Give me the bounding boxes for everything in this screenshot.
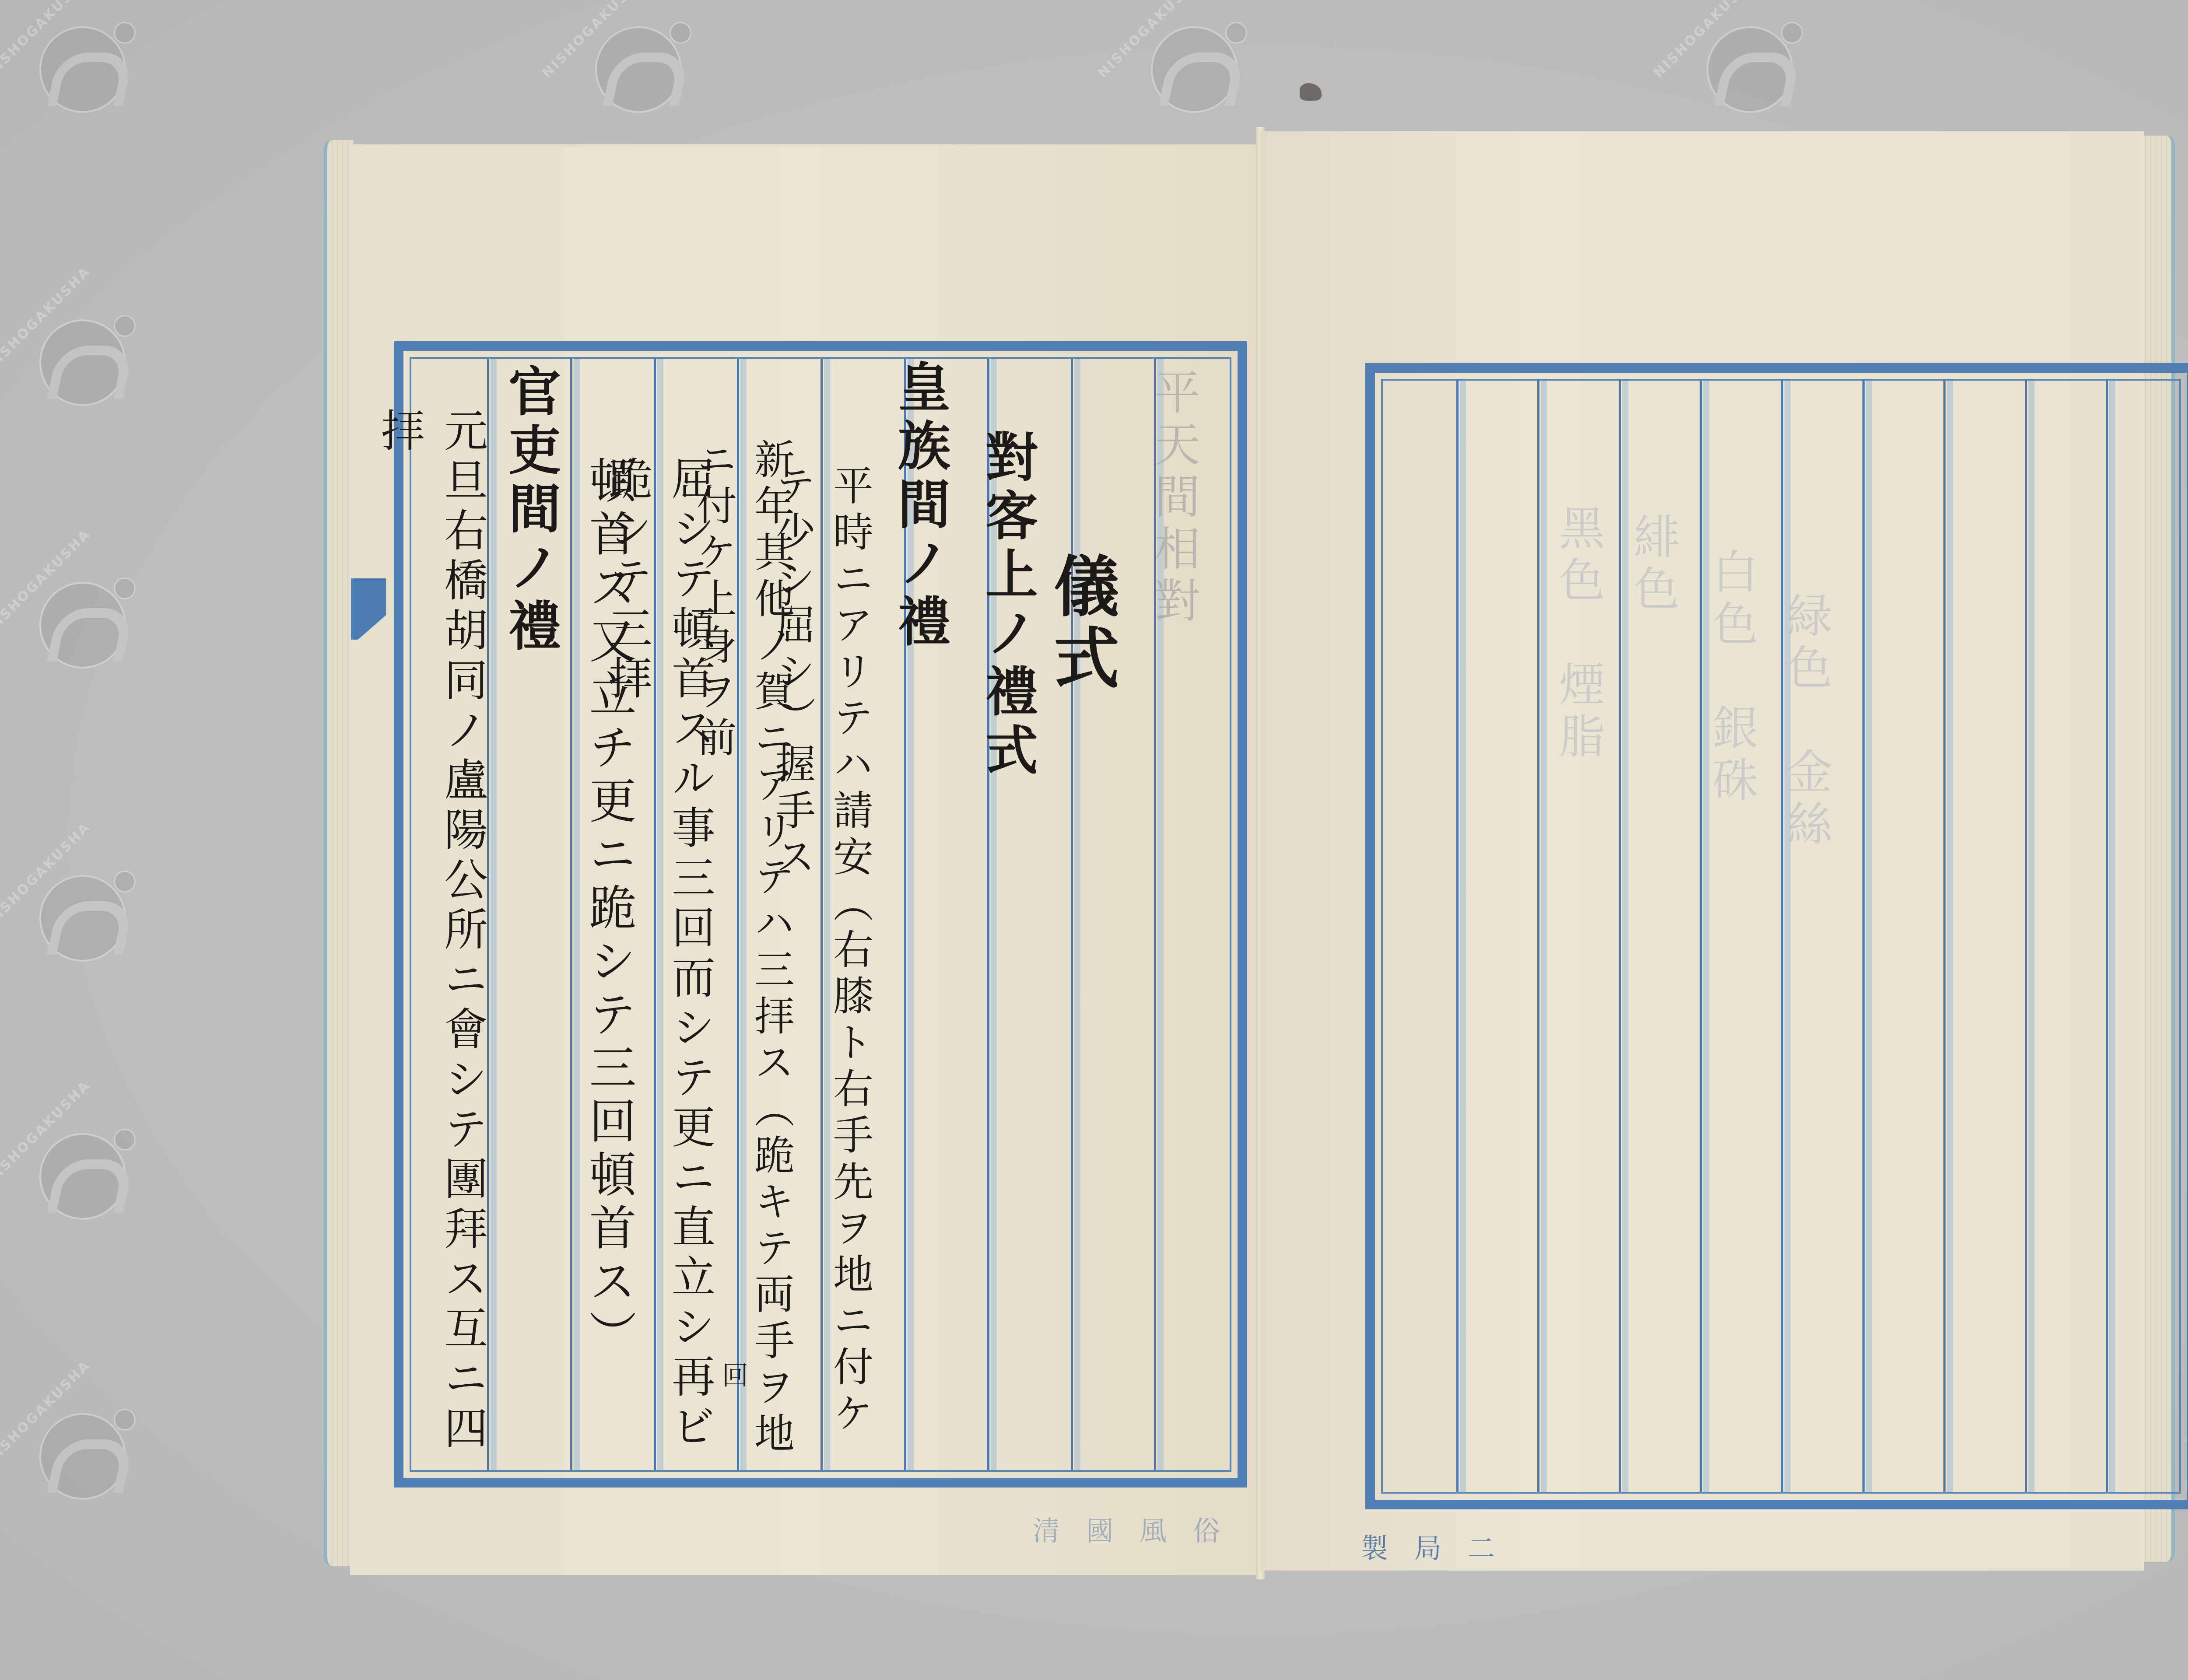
heading-koozoku: 皇族間ノ禮 xyxy=(882,360,957,653)
column-rule-shadow xyxy=(1074,359,1080,1470)
left-page-edges xyxy=(324,140,354,1566)
left-page-frame: 平天間相對 儀式 對客上ノ禮式 皇族間ノ禮 平時ニアリテハ請安（右膝ト右手先ヲ地… xyxy=(394,341,1247,1487)
column-rule-shadow xyxy=(1703,381,1709,1492)
right-page-footer: 製局二 xyxy=(1361,1527,1521,1566)
column-rule xyxy=(1943,381,1946,1492)
right-page: 緋色 黑色 煙脂 白色 銀硃 緑色 金絲 製局二 xyxy=(1260,131,2144,1571)
bleed-through-column: 緑色 金絲 xyxy=(1773,591,1839,852)
column-rule-shadow xyxy=(1460,381,1466,1492)
column-rule xyxy=(1071,359,1073,1470)
column-rule xyxy=(2106,381,2108,1492)
column-rule-shadow xyxy=(2028,381,2034,1492)
bleed-through-column: 白色 銀硃 xyxy=(1699,548,1765,808)
column-rule xyxy=(1537,381,1539,1492)
column-rule xyxy=(1781,381,1783,1492)
column-rule-shadow xyxy=(1785,381,1791,1492)
left-page: 平天間相對 儀式 對客上ノ禮式 皇族間ノ禮 平時ニアリテハ請安（右膝ト右手先ヲ地… xyxy=(350,144,1260,1575)
right-page-frame: 緋色 黑色 煙脂 白色 銀硃 緑色 金絲 xyxy=(1365,363,2188,1509)
heading-taikaku: 對客上ノ禮式 xyxy=(970,430,1045,781)
column-rule xyxy=(570,359,572,1470)
column-rule-shadow xyxy=(1866,381,1872,1492)
column-rule-shadow xyxy=(2109,381,2115,1492)
column-rule xyxy=(2025,381,2027,1492)
margin-note: 回 xyxy=(714,1361,752,1394)
open-book: 平天間相對 儀式 對客上ノ禮式 皇族間ノ禮 平時ニアリテハ請安（右膝ト右手先ヲ地… xyxy=(324,122,2175,1579)
column-rule xyxy=(1700,381,1702,1492)
ghost-column: 平天間相對 xyxy=(1141,368,1207,629)
column-rule-shadow xyxy=(1947,381,1953,1492)
body-column: 元旦右橋胡同ノ盧陽公所ニ會シテ團拜ス互ニ四拝 xyxy=(368,408,494,1478)
left-page-footer: 清國風俗 xyxy=(1033,1509,1246,1548)
column-rule xyxy=(1456,381,1459,1492)
bleed-through-column: 黑色 煙脂 xyxy=(1546,504,1612,764)
section-title: 儀式 xyxy=(1034,552,1128,696)
column-rule xyxy=(1862,381,1865,1492)
body-column: 頓首ス又立チ更ニ跪シテ三回頓首ス） xyxy=(575,456,642,1363)
heading-kanri: 官吏間ノ禮 xyxy=(493,364,568,657)
bleed-through-column: 緋色 xyxy=(1620,513,1686,617)
